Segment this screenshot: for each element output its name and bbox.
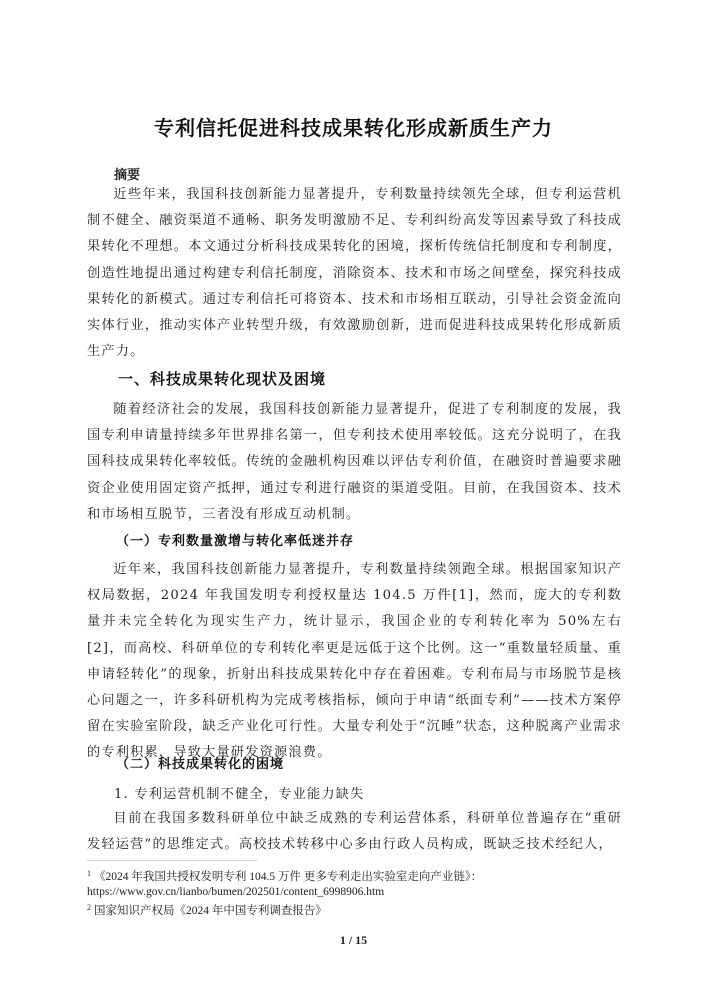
footnote-text: 国家知识产权局《2024 年中国专利调查报告》 bbox=[94, 905, 327, 917]
section-heading-1: 一、科技成果转化现状及困境 bbox=[118, 368, 326, 389]
abstract-label: 摘要 bbox=[114, 164, 140, 183]
list-item-1: 1. 专利运营机制不健全，专业能力缺失 bbox=[114, 783, 365, 802]
footnote-text: 《2024 年我国共授权发明专利 104.5 万件 更多专利走出实验室走向产业链… bbox=[94, 871, 482, 883]
footnote-divider bbox=[87, 860, 257, 861]
subsection1-paragraph: 近年来，我国科技创新能力显著提升，专利数量持续领跑全球。根据国家知识产权局数据，… bbox=[87, 557, 622, 767]
footnote-1: 1《2024 年我国共授权发明专利 104.5 万件 更多专利走出实验室走向产业… bbox=[87, 866, 647, 885]
footnote-2: 2国家知识产权局《2024 年中国专利调查报告》 bbox=[87, 900, 647, 919]
subsection2-paragraph: 目前在我国多数科研单位中缺乏成熟的专利运营体系，科研单位普遍存在“重研发轻运营”… bbox=[87, 806, 622, 858]
abstract-paragraph: 近些年来，我国科技创新能力显著提升，专利数量持续领先全球，但专利运营机制不健全、… bbox=[87, 182, 622, 365]
footnote-mark: 2 bbox=[87, 903, 91, 912]
subsection-heading-1: （一）专利数量激增与转化率低迷并存 bbox=[116, 530, 354, 549]
footnotes: 1《2024 年我国共授权发明专利 104.5 万件 更多专利走出实验室走向产业… bbox=[87, 866, 647, 919]
subsection-heading-2: （二）科技成果转化的困境 bbox=[116, 753, 284, 772]
document-title: 专利信托促进科技成果转化形成新质生产力 bbox=[0, 112, 707, 141]
section1-intro-paragraph: 随着经济社会的发展，我国科技创新能力显著提升，促进了专利制度的发展，我国专利申请… bbox=[87, 397, 622, 528]
page-number: 1 / 15 bbox=[0, 933, 707, 948]
footnote-1-url[interactable]: https://www.gov.cn/lianbo/bumen/202501/c… bbox=[87, 885, 647, 900]
footnote-mark: 1 bbox=[87, 869, 91, 878]
document-page: 专利信托促进科技成果转化形成新质生产力 摘要 近些年来，我国科技创新能力显著提升… bbox=[0, 0, 707, 999]
